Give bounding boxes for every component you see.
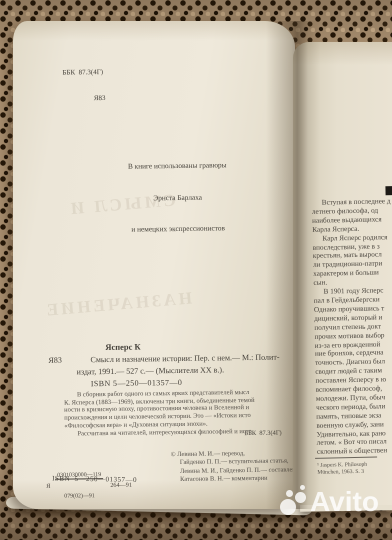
- intro-article-text: Вступая в последнее длетнего философа, о…: [312, 196, 392, 457]
- engravings-note-line: В книге использованы гравюры: [75, 160, 280, 173]
- catalog-author-sign: Я: [46, 483, 50, 490]
- engravings-note-line: и немецких экспрессионистов: [76, 223, 281, 236]
- bib-isbn-line: ISBN 5—250—01357—0: [91, 378, 183, 388]
- footnote-text: ¹ Jaspers K. PhilosophMünchen, 1963. S. …: [317, 462, 367, 477]
- engravings-note-line: Эрнста Барлаха: [75, 191, 280, 204]
- catalog-fraction: 0301030000—119 079(02)—91: [55, 458, 104, 509]
- isbn-bottom: ISBN 5—250—01357—0: [52, 474, 137, 483]
- bib-title-line: Смысл и назначение истории: Пер. с нем.—…: [90, 353, 279, 365]
- bbk-code: ББК 87.3(4Г): [62, 68, 105, 77]
- left-page: ББК 87.3(4Г) Я83 СМЫСЛ И НАЗНАЧЕНИЕ В кн…: [13, 21, 295, 509]
- footnote-rule: [315, 457, 377, 459]
- engravings-note: В книге использованы гравюры Эрнста Барл…: [74, 139, 281, 257]
- avito-logo-icon: [279, 485, 310, 519]
- author-sign: Я83: [63, 93, 106, 102]
- text-line: Катасонов В. Н.— комментарии: [171, 474, 301, 484]
- text-line: склонный к обществен: [317, 446, 392, 457]
- copyright-block: © Левина М. И.— перевод,Гайденко П. П.— …: [171, 449, 302, 484]
- section-marker-square: [385, 186, 392, 195]
- bib-imprint-line: издат, 1991.— 527 с.— (Мыслители XX в.).: [77, 365, 225, 376]
- bbk-classification: ББК 87.3(4Г) Я83: [62, 51, 106, 120]
- avito-watermark: Avito: [279, 485, 379, 519]
- annotation-paragraph: В сборник работ одного из самых ярких пр…: [64, 389, 255, 438]
- right-page: Вступая в последнее длетнего философа, о…: [293, 42, 392, 505]
- author-heading: Ясперс К: [105, 342, 141, 352]
- text-line: München, 1963. S. 3: [317, 469, 367, 477]
- left-page-content: ББК 87.3(4Г) Я83 СМЫСЛ И НАЗНАЧЕНИЕ В кн…: [13, 17, 302, 509]
- text-line: Карл Ясперс родился: [312, 232, 392, 243]
- bib-index: Я83: [48, 356, 61, 365]
- catalog-denominator: 079(02)—91: [55, 493, 103, 500]
- bbk-code-right: ББК 87.3(4Г): [244, 430, 281, 438]
- text-line: наиболее выдающихся: [312, 214, 392, 225]
- right-page-content: Вступая в последнее длетнего философа, о…: [292, 40, 392, 505]
- avito-watermark-label: Avito: [310, 485, 379, 519]
